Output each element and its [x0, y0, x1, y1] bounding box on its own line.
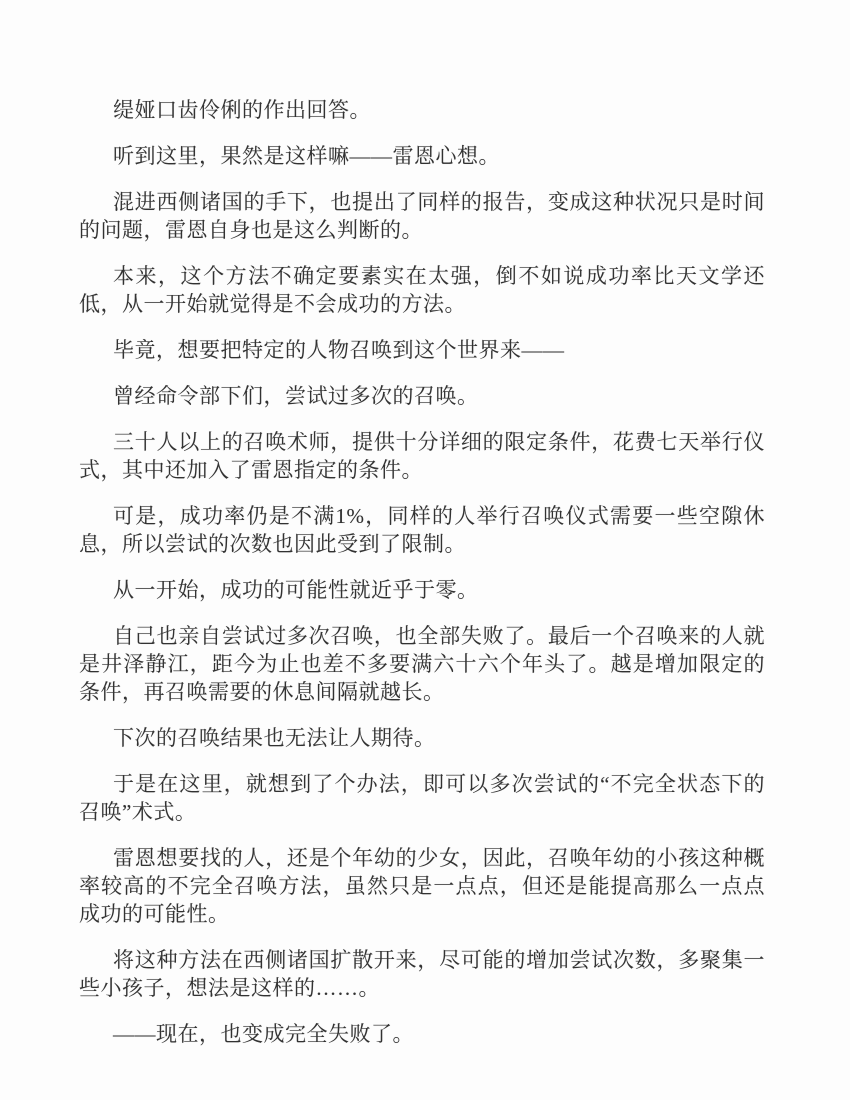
paragraph: 于是在这里，就想到了个办法，即可以多次尝试的“不完全状态下的召唤”术式。 [79, 770, 765, 826]
paragraph: 下次的召唤结果也无法让人期待。 [79, 724, 765, 752]
paragraph: 可是，成功率仍是不满1%，同样的人举行召唤仪式需要一些空隙休息，所以尝试的次数也… [79, 502, 765, 558]
paragraph: 从一开始，成功的可能性就近乎于零。 [79, 576, 765, 604]
paragraph: 三十人以上的召唤术师，提供十分详细的限定条件，花费七天举行仪式，其中还加入了雷恩… [79, 428, 765, 484]
paragraph: 本来，这个方法不确定要素实在太强，倒不如说成功率比天文学还低，从一开始就觉得是不… [79, 262, 765, 318]
paragraph: ——现在，也变成完全失败了。 [79, 1020, 765, 1048]
paragraph: 雷恩想要找的人，还是个年幼的少女，因此，召唤年幼的小孩这种概率较高的不完全召唤方… [79, 844, 765, 928]
paragraph: 自己也亲自尝试过多次召唤，也全部失败了。最后一个召唤来的人就是井泽静江，距今为止… [79, 622, 765, 706]
paragraph: 听到这里，果然是这样嘛——雷恩心想。 [79, 142, 765, 170]
novel-text-page: 缇娅口齿伶俐的作出回答。听到这里，果然是这样嘛——雷恩心想。混进西侧诸国的手下，… [0, 0, 850, 1100]
paragraph: 毕竟，想要把特定的人物召唤到这个世界来—— [79, 336, 765, 364]
paragraph: 缇娅口齿伶俐的作出回答。 [79, 96, 765, 124]
paragraph: 将这种方法在西侧诸国扩散开来，尽可能的增加尝试次数，多聚集一些小孩子，想法是这样… [79, 946, 765, 1002]
paragraph: 混进西侧诸国的手下，也提出了同样的报告，变成这种状况只是时间的问题，雷恩自身也是… [79, 188, 765, 244]
paragraph: 曾经命令部下们，尝试过多次的召唤。 [79, 382, 765, 410]
